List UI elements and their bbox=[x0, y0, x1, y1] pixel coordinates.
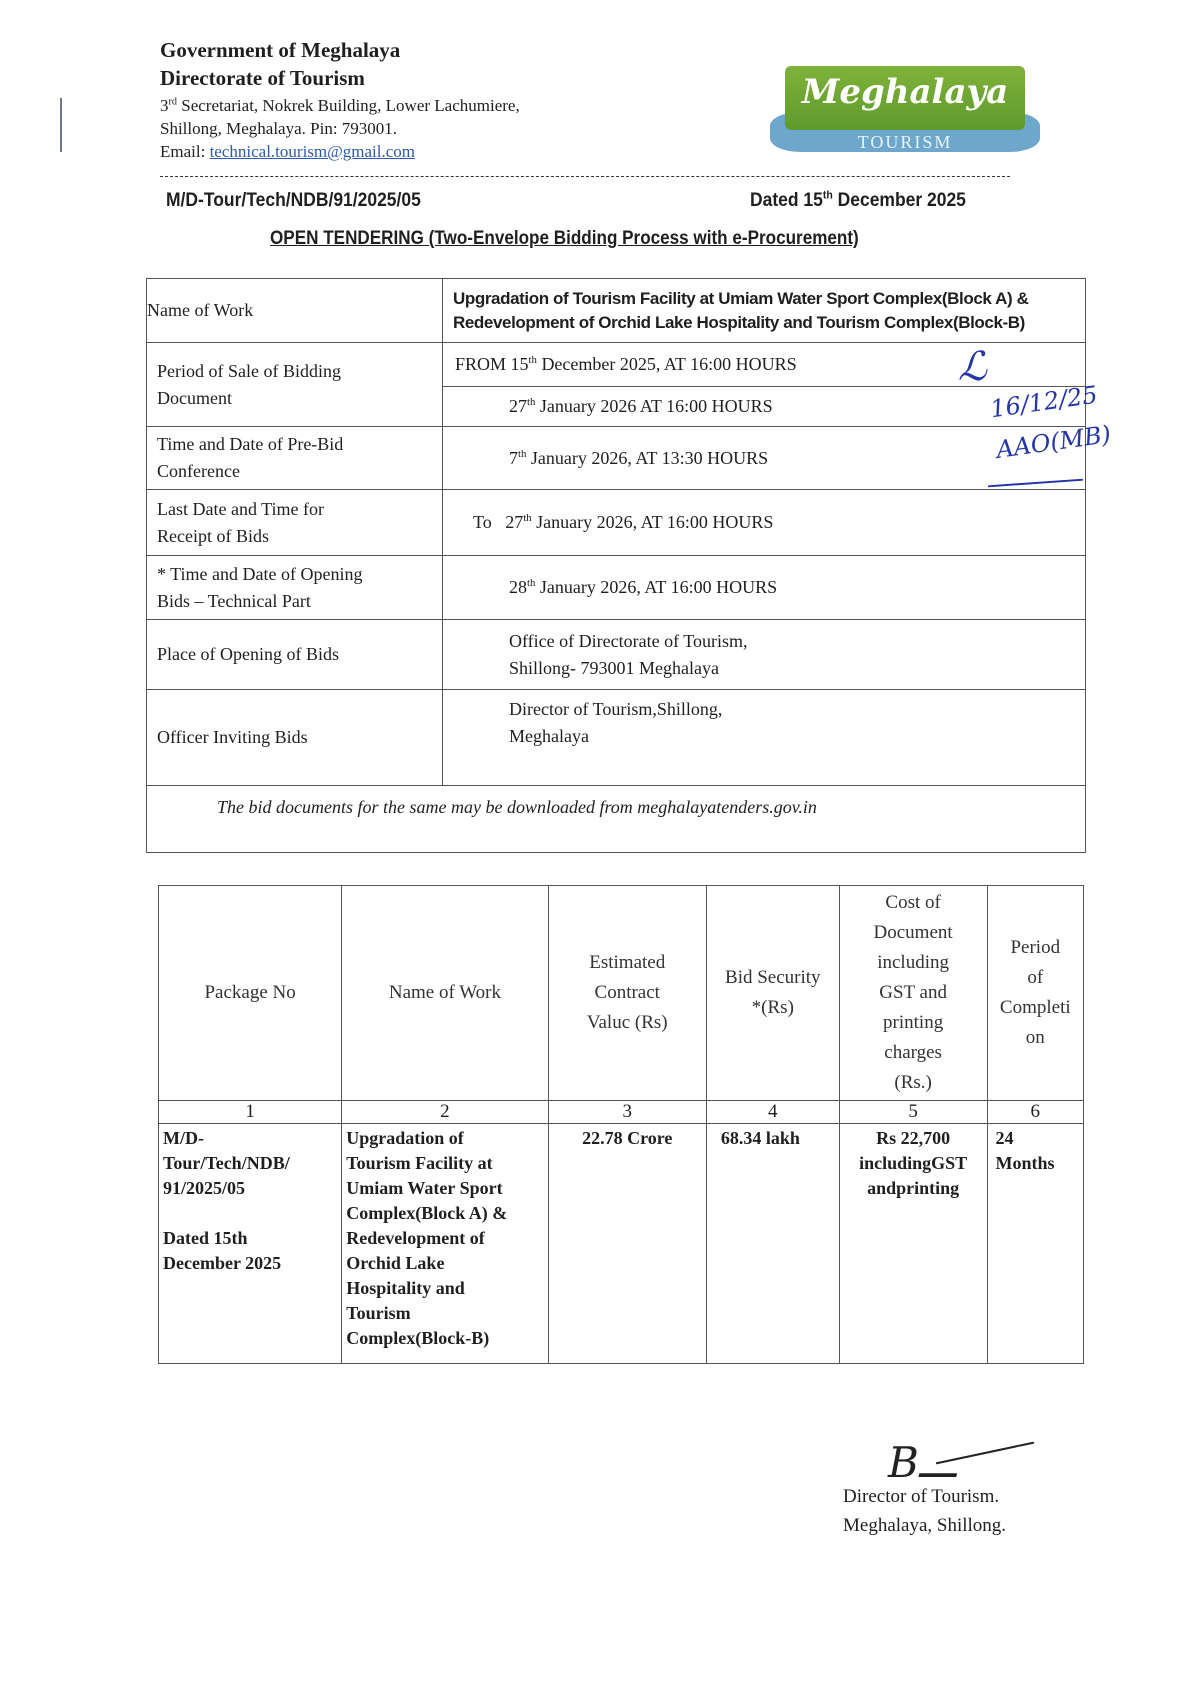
tender-title: OPEN TENDERING (Two-Envelope Bidding Pro… bbox=[270, 228, 859, 250]
header-text-line: Valuc (Rs) bbox=[553, 1008, 702, 1038]
value-pre-bid: 7th January 2026, AT 13:30 HOURS bbox=[443, 427, 1086, 490]
document-cost-line: Rs 22,700 bbox=[844, 1126, 983, 1151]
package-no-line: 91/2025/05 bbox=[163, 1176, 337, 1201]
header-text-line: Name of Work bbox=[346, 978, 543, 1008]
header-text-line: Cost of bbox=[844, 888, 983, 918]
work-name-line: Tourism Facility at bbox=[346, 1151, 543, 1176]
label-name-of-work: Name of Work bbox=[147, 279, 443, 343]
work-name-line: Upgradation of bbox=[346, 1126, 543, 1151]
header-text-line: on bbox=[992, 1023, 1079, 1053]
label-opening: * Time and Date of Opening Bids – Techni… bbox=[147, 556, 443, 620]
tender-schedule-table: Name of Work Upgradation of Tourism Faci… bbox=[146, 278, 1086, 853]
label-officer: Officer Inviting Bids bbox=[147, 690, 443, 786]
logo-subtitle: TOURISM bbox=[770, 132, 1040, 153]
table-row: Name of Work Upgradation of Tourism Faci… bbox=[147, 279, 1086, 343]
header-document-cost: Cost ofDocumentincludingGST andprintingc… bbox=[839, 886, 987, 1101]
scan-margin-mark bbox=[60, 98, 62, 152]
package-table: Package No Name of Work EstimatedContrac… bbox=[158, 885, 1084, 1364]
work-name-line: Hospitality and bbox=[346, 1276, 543, 1301]
document-cost-line: includingGST bbox=[844, 1151, 983, 1176]
download-note: The bid documents for the same may be do… bbox=[147, 786, 1086, 853]
reference-date: Dated 15th December 2025 bbox=[750, 190, 966, 212]
work-name-line: Orchid Lake bbox=[346, 1251, 543, 1276]
directorate-name: Directorate of Tourism bbox=[160, 66, 365, 91]
cell-package-no: M/D-Tour/Tech/NDB/91/2025/05 Dated 15thD… bbox=[159, 1124, 342, 1364]
label-sale-period: Period of Sale of Bidding Document bbox=[147, 343, 443, 427]
header-text-line: Package No bbox=[163, 978, 337, 1008]
header-text-line: Estimated bbox=[553, 948, 702, 978]
package-no-line: M/D- bbox=[163, 1126, 337, 1151]
document-cost-line: andprinting bbox=[844, 1176, 983, 1201]
table-row: Officer Inviting Bids Director of Touris… bbox=[147, 690, 1086, 786]
table-row: Time and Date of Pre-Bid Conference 7th … bbox=[147, 427, 1086, 490]
signatory-location: Meghalaya, Shillong. bbox=[843, 1511, 1006, 1540]
header-text-line: Completi bbox=[992, 993, 1079, 1023]
signatory-title: Director of Tourism. bbox=[843, 1482, 1006, 1511]
cell-estimated-value: 22.78 Crore bbox=[548, 1124, 706, 1364]
header-text-line: printing bbox=[844, 1008, 983, 1038]
address-line-1: 3rd Secretariat, Nokrek Building, Lower … bbox=[160, 94, 520, 117]
table-row: The bid documents for the same may be do… bbox=[147, 786, 1086, 853]
header-bid-security: Bid Security*(Rs) bbox=[706, 886, 839, 1101]
header-text-line: of bbox=[992, 963, 1079, 993]
completion-line: Months bbox=[996, 1151, 1079, 1176]
label-receipt: Last Date and Time for Receipt of Bids bbox=[147, 490, 443, 556]
table-row: * Time and Date of Opening Bids – Techni… bbox=[147, 556, 1086, 620]
value-sale-from: FROM 15th December 2025, AT 16:00 HOURS bbox=[443, 343, 1086, 387]
column-number-row: 1 2 3 4 5 6 bbox=[159, 1101, 1084, 1124]
table-row: Place of Opening of Bids Office of Direc… bbox=[147, 620, 1086, 690]
header-text-line: Bid Security bbox=[711, 963, 835, 993]
header-package-no: Package No bbox=[159, 886, 342, 1101]
value-sale-to: 27th January 2026 AT 16:00 HOURS bbox=[443, 387, 1086, 427]
package-no-line bbox=[163, 1201, 337, 1226]
table-header-row: Package No Name of Work EstimatedContrac… bbox=[159, 886, 1084, 1101]
package-no-line: Tour/Tech/NDB/ bbox=[163, 1151, 337, 1176]
handwritten-initials: ℒ bbox=[958, 344, 987, 390]
label-place: Place of Opening of Bids bbox=[147, 620, 443, 690]
cell-name-of-work: Upgradation ofTourism Facility atUmiam W… bbox=[342, 1124, 548, 1364]
table-row: M/D-Tour/Tech/NDB/91/2025/05 Dated 15thD… bbox=[159, 1124, 1084, 1364]
reference-number: M/D-Tour/Tech/NDB/91/2025/05 bbox=[166, 190, 421, 212]
work-name-line: Complex(Block A) & bbox=[346, 1201, 543, 1226]
header-estimated-value: EstimatedContractValuc (Rs) bbox=[548, 886, 706, 1101]
package-no-line: December 2025 bbox=[163, 1251, 337, 1276]
header-divider bbox=[160, 176, 1010, 177]
work-name-line: Redevelopment of bbox=[346, 1226, 543, 1251]
header-text-line: Period bbox=[992, 933, 1079, 963]
value-opening: 28th January 2026, AT 16:00 HOURS bbox=[443, 556, 1086, 620]
header-completion-period: PeriodofCompletion bbox=[987, 886, 1083, 1101]
meghalaya-tourism-logo: Meghalaya TOURISM bbox=[770, 64, 1040, 164]
email-link[interactable]: technical.tourism@gmail.com bbox=[210, 142, 415, 161]
value-place: Office of Directorate of Tourism, Shillo… bbox=[443, 620, 1086, 690]
header-text-line: Contract bbox=[553, 978, 702, 1008]
label-pre-bid: Time and Date of Pre-Bid Conference bbox=[147, 427, 443, 490]
work-name-line: Tourism bbox=[346, 1301, 543, 1326]
header-name-of-work: Name of Work bbox=[342, 886, 548, 1101]
value-name-of-work: Upgradation of Tourism Facility at Umiam… bbox=[443, 279, 1086, 343]
cell-document-cost: Rs 22,700includingGSTandprinting bbox=[839, 1124, 987, 1364]
work-name-line: Complex(Block-B) bbox=[346, 1326, 543, 1351]
director-signature: Bـــ bbox=[888, 1438, 956, 1487]
table-row: Last Date and Time for Receipt of Bids T… bbox=[147, 490, 1086, 556]
address-line-2: Shillong, Meghalaya. Pin: 793001. bbox=[160, 117, 397, 140]
govt-name: Government of Meghalaya bbox=[160, 38, 400, 63]
header-text-line: (Rs.) bbox=[844, 1068, 983, 1098]
cell-bid-security: 68.34 lakh bbox=[706, 1124, 839, 1364]
signatory-block: Director of Tourism. Meghalaya, Shillong… bbox=[843, 1482, 1006, 1540]
logo-title: Meghalaya bbox=[785, 72, 1025, 112]
value-officer: Director of Tourism,Shillong, Meghalaya bbox=[443, 690, 1086, 786]
cell-completion-period: 24Months bbox=[987, 1124, 1083, 1364]
header-text-line: charges bbox=[844, 1038, 983, 1068]
header-text-line: including bbox=[844, 948, 983, 978]
email-line: Email: technical.tourism@gmail.com bbox=[160, 140, 415, 163]
header-text-line: Document bbox=[844, 918, 983, 948]
completion-line: 24 bbox=[996, 1126, 1079, 1151]
package-no-line: Dated 15th bbox=[163, 1226, 337, 1251]
header-text-line: *(Rs) bbox=[711, 993, 835, 1023]
work-name-line: Umiam Water Sport bbox=[346, 1176, 543, 1201]
table-row: Period of Sale of Bidding Document FROM … bbox=[147, 343, 1086, 387]
value-receipt: To 27th January 2026, AT 16:00 HOURS bbox=[443, 490, 1086, 556]
header-text-line: GST and bbox=[844, 978, 983, 1008]
